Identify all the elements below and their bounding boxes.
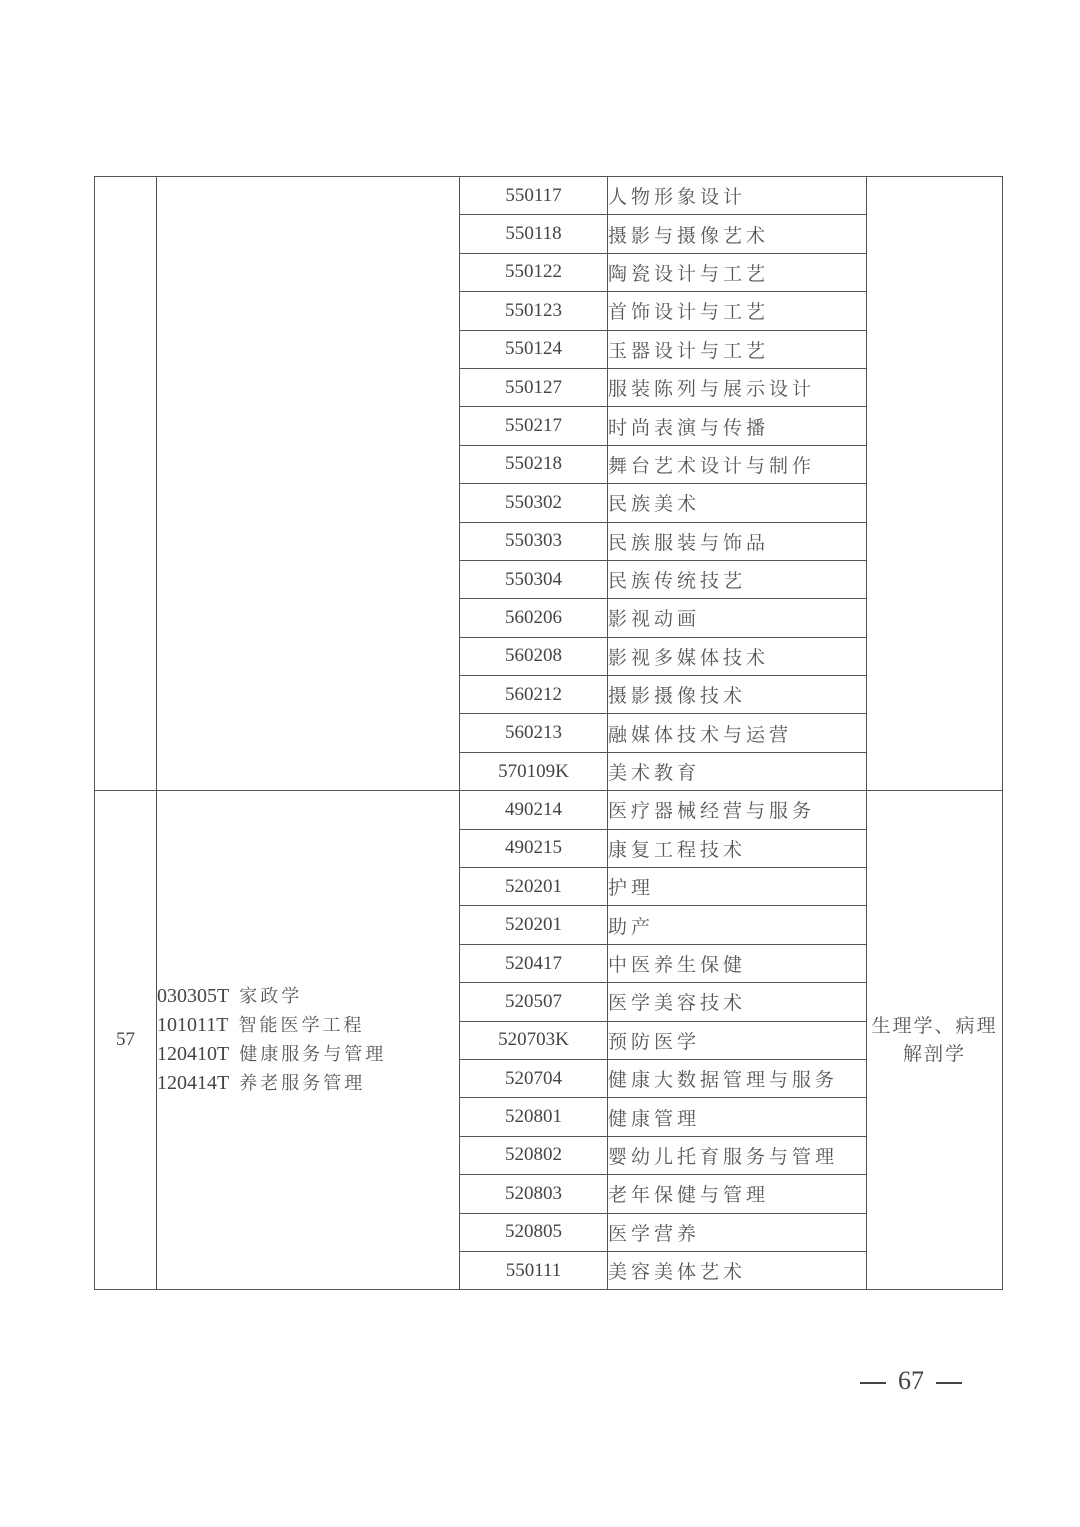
vocational-major-name: 时尚表演与传播	[608, 407, 867, 445]
table-row: 550117人物形象设计	[95, 177, 1003, 215]
vocational-major-code: 490215	[460, 829, 608, 867]
vocational-major-name: 老年保健与管理	[608, 1175, 867, 1213]
vocational-major-code: 520703K	[460, 1021, 608, 1059]
vocational-major-name: 康复工程技术	[608, 829, 867, 867]
vocational-major-code: 560206	[460, 599, 608, 637]
exam-subject-line: 生理学、病理	[867, 1012, 1002, 1040]
page-number-text: 67	[898, 1366, 924, 1395]
undergraduate-major-code: 120410T	[157, 1043, 229, 1065]
undergraduate-major: 120410T健康服务与管理	[157, 1040, 459, 1069]
vocational-major-code: 550122	[460, 253, 608, 291]
vocational-major-name: 美术教育	[608, 752, 867, 790]
vocational-major-name: 玉器设计与工艺	[608, 330, 867, 368]
vocational-major-name: 婴幼儿托育服务与管理	[608, 1136, 867, 1174]
vocational-major-code: 560212	[460, 676, 608, 714]
undergraduate-major: 120414T养老服务管理	[157, 1069, 459, 1098]
vocational-major-code: 520201	[460, 906, 608, 944]
group-number-cell	[95, 177, 157, 791]
vocational-major-code: 550302	[460, 484, 608, 522]
vocational-major-code: 520507	[460, 983, 608, 1021]
exam-subject-line: 解剖学	[867, 1040, 1002, 1068]
undergraduate-major-code: 101011T	[157, 1014, 228, 1036]
vocational-major-name: 陶瓷设计与工艺	[608, 253, 867, 291]
vocational-major-code: 520201	[460, 868, 608, 906]
vocational-major-code: 520801	[460, 1098, 608, 1136]
vocational-major-code: 550124	[460, 330, 608, 368]
vocational-major-code: 560208	[460, 637, 608, 675]
undergraduate-majors-cell: 030305T家政学101011T智能医学工程120410T健康服务与管理120…	[157, 791, 460, 1290]
vocational-major-name: 人物形象设计	[608, 177, 867, 215]
vocational-major-code: 550127	[460, 368, 608, 406]
vocational-major-name: 健康管理	[608, 1098, 867, 1136]
vocational-major-code: 560213	[460, 714, 608, 752]
vocational-major-code: 550217	[460, 407, 608, 445]
vocational-major-code: 570109K	[460, 752, 608, 790]
vocational-major-code: 550118	[460, 215, 608, 253]
exam-subjects-cell: 生理学、病理解剖学	[867, 791, 1003, 1290]
vocational-major-name: 民族美术	[608, 484, 867, 522]
vocational-major-name: 舞台艺术设计与制作	[608, 445, 867, 483]
vocational-major-code: 520805	[460, 1213, 608, 1251]
vocational-major-code: 520704	[460, 1059, 608, 1097]
vocational-major-name: 医学美容技术	[608, 983, 867, 1021]
group-number-cell: 57	[95, 791, 157, 1290]
vocational-major-code: 550111	[460, 1251, 608, 1289]
vocational-major-code: 520417	[460, 944, 608, 982]
vocational-major-name: 助产	[608, 906, 867, 944]
undergraduate-majors-cell	[157, 177, 460, 791]
page-number: 67	[848, 1366, 974, 1396]
vocational-major-name: 健康大数据管理与服务	[608, 1059, 867, 1097]
vocational-major-code: 550117	[460, 177, 608, 215]
vocational-major-name: 影视多媒体技术	[608, 637, 867, 675]
vocational-major-code: 520803	[460, 1175, 608, 1213]
vocational-major-name: 预防医学	[608, 1021, 867, 1059]
exam-subjects-cell	[867, 177, 1003, 791]
undergraduate-major-name: 养老服务管理	[239, 1073, 365, 1094]
undergraduate-major-code: 030305T	[157, 985, 229, 1007]
vocational-major-code: 490214	[460, 791, 608, 829]
undergraduate-major: 030305T家政学	[157, 982, 459, 1011]
vocational-major-name: 首饰设计与工艺	[608, 292, 867, 330]
undergraduate-major: 101011T智能医学工程	[157, 1011, 459, 1040]
undergraduate-major-name: 健康服务与管理	[239, 1044, 386, 1065]
vocational-major-code: 520802	[460, 1136, 608, 1174]
vocational-major-name: 中医养生保健	[608, 944, 867, 982]
vocational-major-name: 服装陈列与展示设计	[608, 368, 867, 406]
dash-left	[860, 1382, 886, 1384]
vocational-major-name: 护理	[608, 868, 867, 906]
vocational-major-name: 民族传统技艺	[608, 560, 867, 598]
vocational-major-code: 550218	[460, 445, 608, 483]
vocational-major-name: 医疗器械经营与服务	[608, 791, 867, 829]
undergraduate-major-code: 120414T	[157, 1072, 229, 1094]
table-row: 57030305T家政学101011T智能医学工程120410T健康服务与管理1…	[95, 791, 1003, 829]
vocational-major-name: 融媒体技术与运营	[608, 714, 867, 752]
vocational-major-name: 影视动画	[608, 599, 867, 637]
vocational-major-name: 医学营养	[608, 1213, 867, 1251]
vocational-major-name: 民族服装与饰品	[608, 522, 867, 560]
undergraduate-major-name: 家政学	[239, 986, 302, 1007]
dash-right	[936, 1382, 962, 1384]
vocational-major-name: 摄影与摄像艺术	[608, 215, 867, 253]
vocational-major-name: 美容美体艺术	[608, 1251, 867, 1289]
undergraduate-major-name: 智能医学工程	[238, 1015, 364, 1036]
vocational-major-code: 550123	[460, 292, 608, 330]
majors-table: 550117人物形象设计550118摄影与摄像艺术550122陶瓷设计与工艺55…	[94, 176, 1003, 1290]
vocational-major-code: 550304	[460, 560, 608, 598]
vocational-major-name: 摄影摄像技术	[608, 676, 867, 714]
vocational-major-code: 550303	[460, 522, 608, 560]
